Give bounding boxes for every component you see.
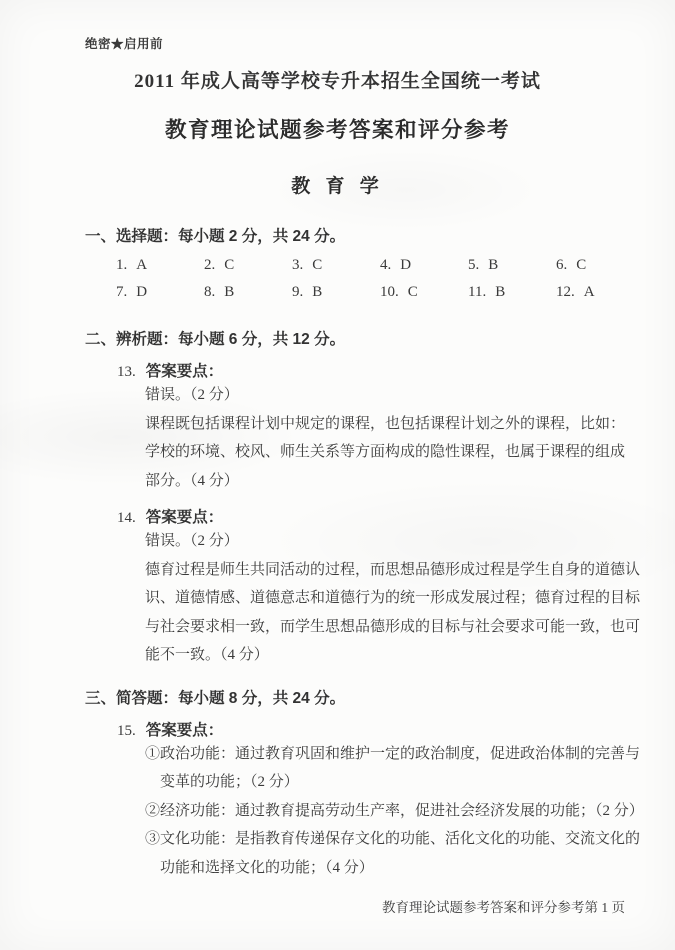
- answer-number: 12.: [556, 284, 575, 300]
- choice-answer-11: 11.B: [468, 284, 556, 301]
- security-notice: 绝密★启用前: [85, 34, 163, 52]
- choice-answer-6: 6.C: [556, 257, 644, 274]
- answer-line: 德育过程是师生共同活动的过程，而思想品德形成过程是学生自身的道德认: [145, 556, 627, 585]
- answer-letter: B: [312, 284, 322, 300]
- answer-number: 11.: [468, 284, 486, 300]
- choice-answer-5: 5.B: [468, 257, 556, 274]
- question-number: 13.: [117, 364, 136, 380]
- choice-answer-grid: 1.A 2.C 3.C 4.D 5.B 6.C 7.D 8.B 9.B 10.C…: [116, 257, 627, 301]
- answer-points-label: 答案要点：: [146, 363, 224, 380]
- answer-letter: A: [584, 284, 595, 300]
- answer-letter: B: [495, 284, 505, 300]
- document-page: 绝密★启用前 2011 年成人高等学校专升本招生全国统一考试 教育理论试题参考答…: [0, 0, 675, 950]
- choice-answer-1: 1.A: [116, 257, 204, 274]
- question-14: 14.答案要点： 错误。（2 分） 德育过程是师生共同活动的过程，而思想品德形成…: [85, 505, 627, 670]
- choice-answer-8: 8.B: [204, 284, 292, 301]
- section-discrimination-heading: 二、辨析题：每小题 6 分，共 12 分。: [85, 327, 627, 349]
- choice-answer-9: 9.B: [292, 284, 380, 301]
- question-15-head: 15.答案要点：: [117, 718, 627, 740]
- answer-points-label: 答案要点：: [146, 509, 224, 526]
- answer-letter: D: [400, 257, 411, 273]
- answer-line: 错误。（2 分）: [145, 527, 627, 556]
- answer-line: 功能和选择文化的功能；（4 分）: [160, 854, 627, 883]
- answer-line: 与社会要求相一致，而学生思想品德形成的目标与社会要求可能一致，也可: [145, 613, 627, 642]
- answer-line: 课程既包括课程计划中规定的课程，也包括课程计划之外的课程，比如：: [145, 410, 627, 439]
- answer-line: 部分。（4 分）: [145, 467, 627, 496]
- page-footer: 教育理论试题参考答案和评分参考第 1 页: [382, 896, 625, 916]
- answer-letter: A: [136, 257, 147, 273]
- document-body: 一、选择题：每小题 2 分，共 24 分。 1.A 2.C 3.C 4.D 5.…: [0, 224, 675, 882]
- answer-line: 能不一致。（4 分）: [145, 641, 627, 670]
- question-number: 15.: [117, 723, 136, 739]
- answer-letter: B: [224, 284, 234, 300]
- section-choice-heading: 一、选择题：每小题 2 分，共 24 分。: [85, 224, 627, 246]
- answer-number: 4.: [380, 257, 391, 273]
- subject-title: 教 育 学: [0, 171, 675, 198]
- answer-letter: D: [136, 284, 147, 300]
- answer-line: 学校的环境、校风、师生关系等方面构成的隐性课程，也属于课程的组成: [145, 438, 627, 467]
- question-13: 13.答案要点： 错误。（2 分） 课程既包括课程计划中规定的课程，也包括课程计…: [85, 359, 627, 495]
- section-short-answer-heading: 三、简答题：每小题 8 分，共 24 分。: [85, 686, 627, 708]
- answer-number: 3.: [292, 257, 303, 273]
- choice-answer-12: 12.A: [556, 284, 644, 301]
- answer-number: 6.: [556, 257, 567, 273]
- answer-number: 5.: [468, 257, 479, 273]
- choice-answer-7: 7.D: [116, 284, 204, 301]
- answer-letter: C: [312, 257, 322, 273]
- answer-line: 错误。（2 分）: [145, 381, 627, 410]
- answer-letter: C: [408, 284, 418, 300]
- choice-answer-4: 4.D: [380, 257, 468, 274]
- answer-line: 识、道德情感、道德意志和道德行为的统一形成发展过程；德育过程的目标: [145, 584, 627, 613]
- answer-number: 1.: [116, 257, 127, 273]
- answer-number: 8.: [204, 284, 215, 300]
- answer-line: ③文化功能：是指教育传递保存文化的功能、活化文化的功能、交流文化的: [145, 825, 627, 854]
- answer-line: ①政治功能：通过教育巩固和维护一定的政治制度，促进政治体制的完善与: [145, 740, 627, 769]
- answer-number: 2.: [204, 257, 215, 273]
- answer-points-label: 答案要点：: [146, 722, 224, 739]
- question-14-head: 14.答案要点：: [117, 505, 627, 527]
- answer-line: ②经济功能：通过教育提高劳动生产率，促进社会经济发展的功能；（2 分）: [145, 797, 627, 826]
- question-13-head: 13.答案要点：: [117, 359, 627, 381]
- choice-answer-10: 10.C: [380, 284, 468, 301]
- answer-letter: C: [224, 257, 234, 273]
- choice-answer-2: 2.C: [204, 257, 292, 274]
- answer-line: 变革的功能；（2 分）: [160, 768, 627, 797]
- choice-answer-3: 3.C: [292, 257, 380, 274]
- answer-letter: C: [576, 257, 586, 273]
- answer-number: 9.: [292, 284, 303, 300]
- doc-title: 教育理论试题参考答案和评分参考: [0, 113, 675, 144]
- answer-letter: B: [488, 257, 498, 273]
- answer-number: 7.: [116, 284, 127, 300]
- answer-number: 10.: [380, 284, 399, 300]
- question-number: 14.: [117, 510, 136, 526]
- question-15: 15.答案要点： ①政治功能：通过教育巩固和维护一定的政治制度，促进政治体制的完…: [85, 718, 627, 883]
